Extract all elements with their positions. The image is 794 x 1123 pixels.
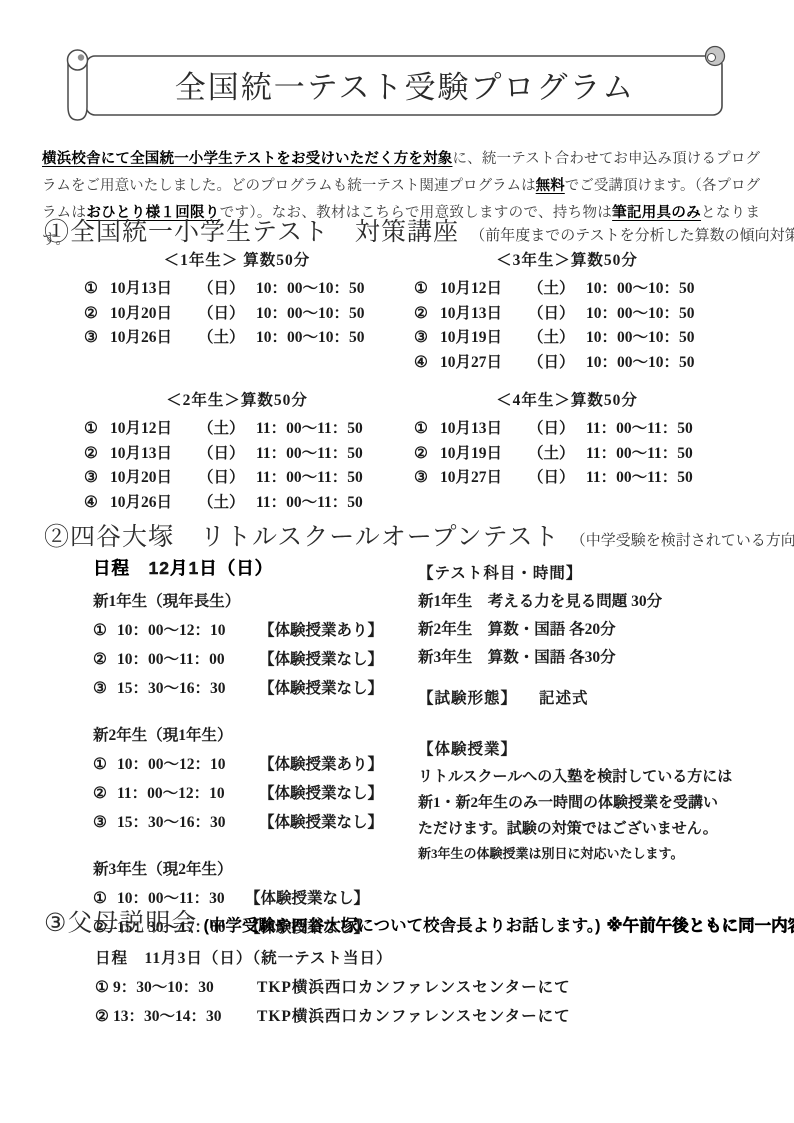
row-number: ①	[95, 973, 113, 1002]
row-weekday: （日）	[528, 466, 586, 491]
schedule-row: ③10月20日（日）11：00～11：50	[84, 466, 390, 491]
row-number: ④	[84, 491, 110, 516]
row-time: 10：00～10：50	[256, 302, 390, 327]
schedule-row: ①9：30～10：30TKP横浜西口カンファレンスセンターにて	[95, 973, 571, 1002]
row-weekday: （土）	[528, 442, 586, 467]
program-flyer-page: { "banner": { "title": "全国統一テスト受験プログラム" …	[0, 0, 794, 1123]
schedule-row: ①10：00～12：10【体験授業あり】	[93, 616, 413, 645]
test-format-header: 【試験形態】	[418, 685, 517, 713]
trial-lesson-note: 新3年生の体験授業は別日に対応いたします。	[418, 842, 768, 866]
test-subject-line: 新1年生 考える力を見る問題 30分	[418, 588, 768, 616]
row-weekday: （日）	[198, 302, 256, 327]
title-banner: 全国統一テスト受験プログラム	[58, 44, 734, 128]
test-format-value: 記述式	[539, 685, 589, 713]
row-date: 10月13日	[110, 277, 198, 302]
group-label-shin3: 新3年生（現2年生）	[93, 855, 413, 884]
row-number: ①	[414, 417, 440, 442]
row-date: 10月19日	[440, 326, 528, 351]
row-time: 11：00～11：50	[586, 417, 720, 442]
row-time: 10：00～11：00	[117, 645, 245, 674]
row-time: 11：00～11：50	[256, 491, 390, 516]
littleschool-date: 日程 12月1日（日）	[93, 556, 413, 580]
section3-title: 父母説明会	[67, 903, 197, 939]
row-weekday: （日）	[198, 277, 256, 302]
row-number: ③	[93, 674, 117, 703]
row-number: ①	[84, 277, 110, 302]
row-weekday: （土）	[528, 277, 586, 302]
row-weekday: （土）	[198, 326, 256, 351]
schedule-row: ④10月26日（土）11：00～11：50	[84, 491, 390, 516]
test-subject-line: 新2年生 算数・国語 各20分	[418, 616, 768, 644]
trial-lesson-badge: 【体験授業なし】	[259, 674, 383, 703]
row-date: 10月27日	[440, 466, 528, 491]
row-time: 15：30～16：30	[117, 808, 245, 837]
row-date: 10月13日	[440, 302, 528, 327]
section2-heading: ②四谷大塚 リトルスクールオープンテスト （中学受験を検討されている方向け）	[44, 517, 794, 553]
schedule-row: ③10月19日（土）10：00～10：50	[414, 326, 720, 351]
schedule-row: ②13：30～14：30TKP横浜西口カンファレンスセンターにて	[95, 1002, 571, 1031]
row-time: 9：30～10：30	[113, 973, 243, 1002]
schedule-row: ②10月19日（土）11：00～11：50	[414, 442, 720, 467]
row-number: ③	[84, 466, 110, 491]
row-number: ①	[93, 750, 117, 779]
schedule-row: ①10月12日（土）11：00～11：50	[84, 417, 390, 442]
schedule-row: ③15：30～16：30【体験授業なし】	[93, 808, 413, 837]
row-number: ③	[414, 326, 440, 351]
trial-lesson-badge: 【体験授業なし】	[259, 645, 383, 674]
row-time: 11：00～11：50	[256, 417, 390, 442]
schedule-row: ①10：00～12：10【体験授業あり】	[93, 750, 413, 779]
row-time: 10：00～10：50	[586, 326, 720, 351]
row-time: 13：30～14：30	[113, 1002, 243, 1031]
row-number: ②	[84, 442, 110, 467]
row-number: ①	[84, 417, 110, 442]
trial-lesson-badge: 【体験授業なし】	[259, 779, 383, 808]
test-format-line: 【試験形態】 記述式	[418, 685, 768, 713]
row-weekday: （日）	[528, 302, 586, 327]
schedule-row: ④10月27日（日）10：00～10：50	[414, 351, 720, 376]
grade-group-header: ＜2年生＞算数50分	[84, 390, 390, 412]
grade-group-header: ＜4年生＞算数50分	[414, 390, 720, 412]
row-number: ②	[93, 779, 117, 808]
row-weekday: （日）	[198, 442, 256, 467]
row-time: 11：00～11：50	[586, 442, 720, 467]
row-time: 10：00～10：50	[586, 351, 720, 376]
row-number: ③	[84, 326, 110, 351]
schedule-row: ②10月13日（日）11：00～11：50	[84, 442, 390, 467]
row-weekday: （土）	[198, 417, 256, 442]
schedule-row: ②10：00～11：00【体験授業なし】	[93, 645, 413, 674]
row-weekday: （日）	[528, 417, 586, 442]
row-date: 10月12日	[440, 277, 528, 302]
row-venue: TKP横浜西口カンファレンスセンターにて	[257, 973, 571, 1002]
trial-lesson-text: リトルスクールへの入塾を検討している方には	[418, 764, 768, 790]
schedule-row: ③15：30～16：30【体験授業なし】	[93, 674, 413, 703]
row-time: 10：00～12：10	[117, 750, 245, 779]
section2-note: （中学受験を検討されている方向け）	[571, 533, 794, 549]
grade-group-3nensei: ＜3年生＞算数50分 ①10月12日（土）10：00～10：50 ②10月13日…	[414, 250, 720, 375]
littleschool-info-column: 【テスト科目・時間】 新1年生 考える力を見る問題 30分 新2年生 算数・国語…	[418, 560, 768, 866]
row-number: ②	[84, 302, 110, 327]
row-number: ③	[414, 466, 440, 491]
trial-lesson-badge: 【体験授業あり】	[259, 616, 383, 645]
row-number: ②	[414, 302, 440, 327]
schedule-row: ①10月13日（日）10：00～10：50	[84, 277, 390, 302]
section3-note2: ※午前午後ともに同一内容	[607, 912, 794, 936]
schedule-row: ①10月12日（土）10：00～10：50	[414, 277, 720, 302]
row-weekday: （土）	[198, 491, 256, 516]
row-time: 11：00～12：10	[117, 779, 245, 808]
schedule-row: ②10月20日（日）10：00～10：50	[84, 302, 390, 327]
trial-lesson-text: ただけます。試験の対策ではございません。	[418, 816, 768, 842]
grade-group-1nensei: ＜1年生＞ 算数50分 ①10月13日（日）10：00～10：50 ②10月20…	[84, 250, 390, 375]
section3-number: ③	[44, 908, 67, 938]
schedule-row: ①10月13日（日）11：00～11：50	[414, 417, 720, 442]
section1-heading: ①全国統一小学生テスト 対策講座 （前年度までのテストを分析した算数の傾向対策）	[44, 212, 794, 248]
schedule-row: ②10月13日（日）10：00～10：50	[414, 302, 720, 327]
grade-group-header: ＜1年生＞ 算数50分	[84, 250, 390, 272]
row-number: ①	[93, 616, 117, 645]
row-date: 10月27日	[440, 351, 528, 376]
schedule-row: ③10月27日（日）11：00～11：50	[414, 466, 720, 491]
intro-emphasis-target: 横浜校舎にて全国統一小学生テストをお受けいただく方を対象	[42, 151, 452, 167]
row-time: 10：00～10：50	[586, 277, 720, 302]
row-date: 10月13日	[110, 442, 198, 467]
row-time: 10：00～12：10	[117, 616, 245, 645]
row-date: 10月19日	[440, 442, 528, 467]
row-weekday: （日）	[198, 466, 256, 491]
row-date: 10月20日	[110, 302, 198, 327]
test-subjects-header: 【テスト科目・時間】	[418, 560, 768, 588]
row-time: 11：00～11：50	[256, 442, 390, 467]
row-number: ③	[93, 808, 117, 837]
row-time: 15：30～16：30	[117, 674, 245, 703]
row-number: ①	[414, 277, 440, 302]
section1-number: ①	[44, 219, 70, 246]
row-time: 10：00～10：50	[256, 326, 390, 351]
trial-lesson-badge: 【体験授業なし】	[259, 808, 383, 837]
row-weekday: （日）	[528, 351, 586, 376]
grade-group-4nensei: ＜4年生＞算数50分 ①10月13日（日）11：00～11：50 ②10月19日…	[414, 390, 720, 515]
page-title: 全国統一テスト受験プログラム	[88, 66, 722, 110]
parents-meeting-schedule: 日程 11月3日（日）（統一テスト当日） ①9：30～10：30TKP横浜西口カ…	[95, 944, 571, 1031]
section2-number: ②	[44, 524, 70, 551]
grade-group-2nensei: ＜2年生＞算数50分 ①10月12日（土）11：00～11：50 ②10月13日…	[84, 390, 390, 515]
meeting-date: 日程 11月3日（日）（統一テスト当日）	[95, 944, 571, 973]
section2-title: 四谷大塚 リトルスクールオープンテスト	[70, 524, 560, 551]
row-date: 10月12日	[110, 417, 198, 442]
row-venue: TKP横浜西口カンファレンスセンターにて	[257, 1002, 571, 1031]
grade-grid-b: ＜2年生＞算数50分 ①10月12日（土）11：00～11：50 ②10月13日…	[84, 390, 720, 515]
section1-note: （前年度までのテストを分析した算数の傾向対策）	[470, 228, 794, 244]
trial-lesson-header: 【体験授業】	[418, 736, 768, 764]
row-number: ②	[414, 442, 440, 467]
row-time: 10：00～10：50	[586, 302, 720, 327]
row-number: ②	[93, 645, 117, 674]
test-subject-line: 新3年生 算数・国語 各30分	[418, 644, 768, 672]
group-label-shin2: 新2年生（現1年生）	[93, 721, 413, 750]
row-date: 10月26日	[110, 491, 198, 516]
row-time: 11：00～11：50	[586, 466, 720, 491]
group-label-shin1: 新1年生（現年長生）	[93, 587, 413, 616]
row-date: 10月13日	[440, 417, 528, 442]
schedule-row: ②11：00～12：10【体験授業なし】	[93, 779, 413, 808]
section3-note: (中学受験や四谷大塚について校舎長よりお話します。)	[203, 912, 600, 936]
trial-lesson-text: 新1・新2年生のみ一時間の体験授業を受講い	[418, 790, 768, 816]
section1-title: 全国統一小学生テスト 対策講座	[70, 219, 459, 246]
row-date: 10月26日	[110, 326, 198, 351]
row-number: ④	[414, 351, 440, 376]
row-time: 10：00～10：50	[256, 277, 390, 302]
section3-heading: ③父母説明会 (中学受験や四谷大塚について校舎長よりお話します。) ※午前午後と…	[44, 903, 794, 939]
row-weekday: （土）	[528, 326, 586, 351]
trial-lesson-badge: 【体験授業あり】	[259, 750, 383, 779]
grade-grid-a: ＜1年生＞ 算数50分 ①10月13日（日）10：00～10：50 ②10月20…	[84, 250, 720, 375]
grade-group-header: ＜3年生＞算数50分	[414, 250, 720, 272]
intro-emphasis-free: 無料	[536, 178, 565, 194]
row-date: 10月20日	[110, 466, 198, 491]
row-number: ②	[95, 1002, 113, 1031]
littleschool-schedule-column: 日程 12月1日（日） 新1年生（現年長生） ①10：00～12：10【体験授業…	[93, 556, 413, 942]
row-time: 11：00～11：50	[256, 466, 390, 491]
schedule-row: ③10月26日（土）10：00～10：50	[84, 326, 390, 351]
